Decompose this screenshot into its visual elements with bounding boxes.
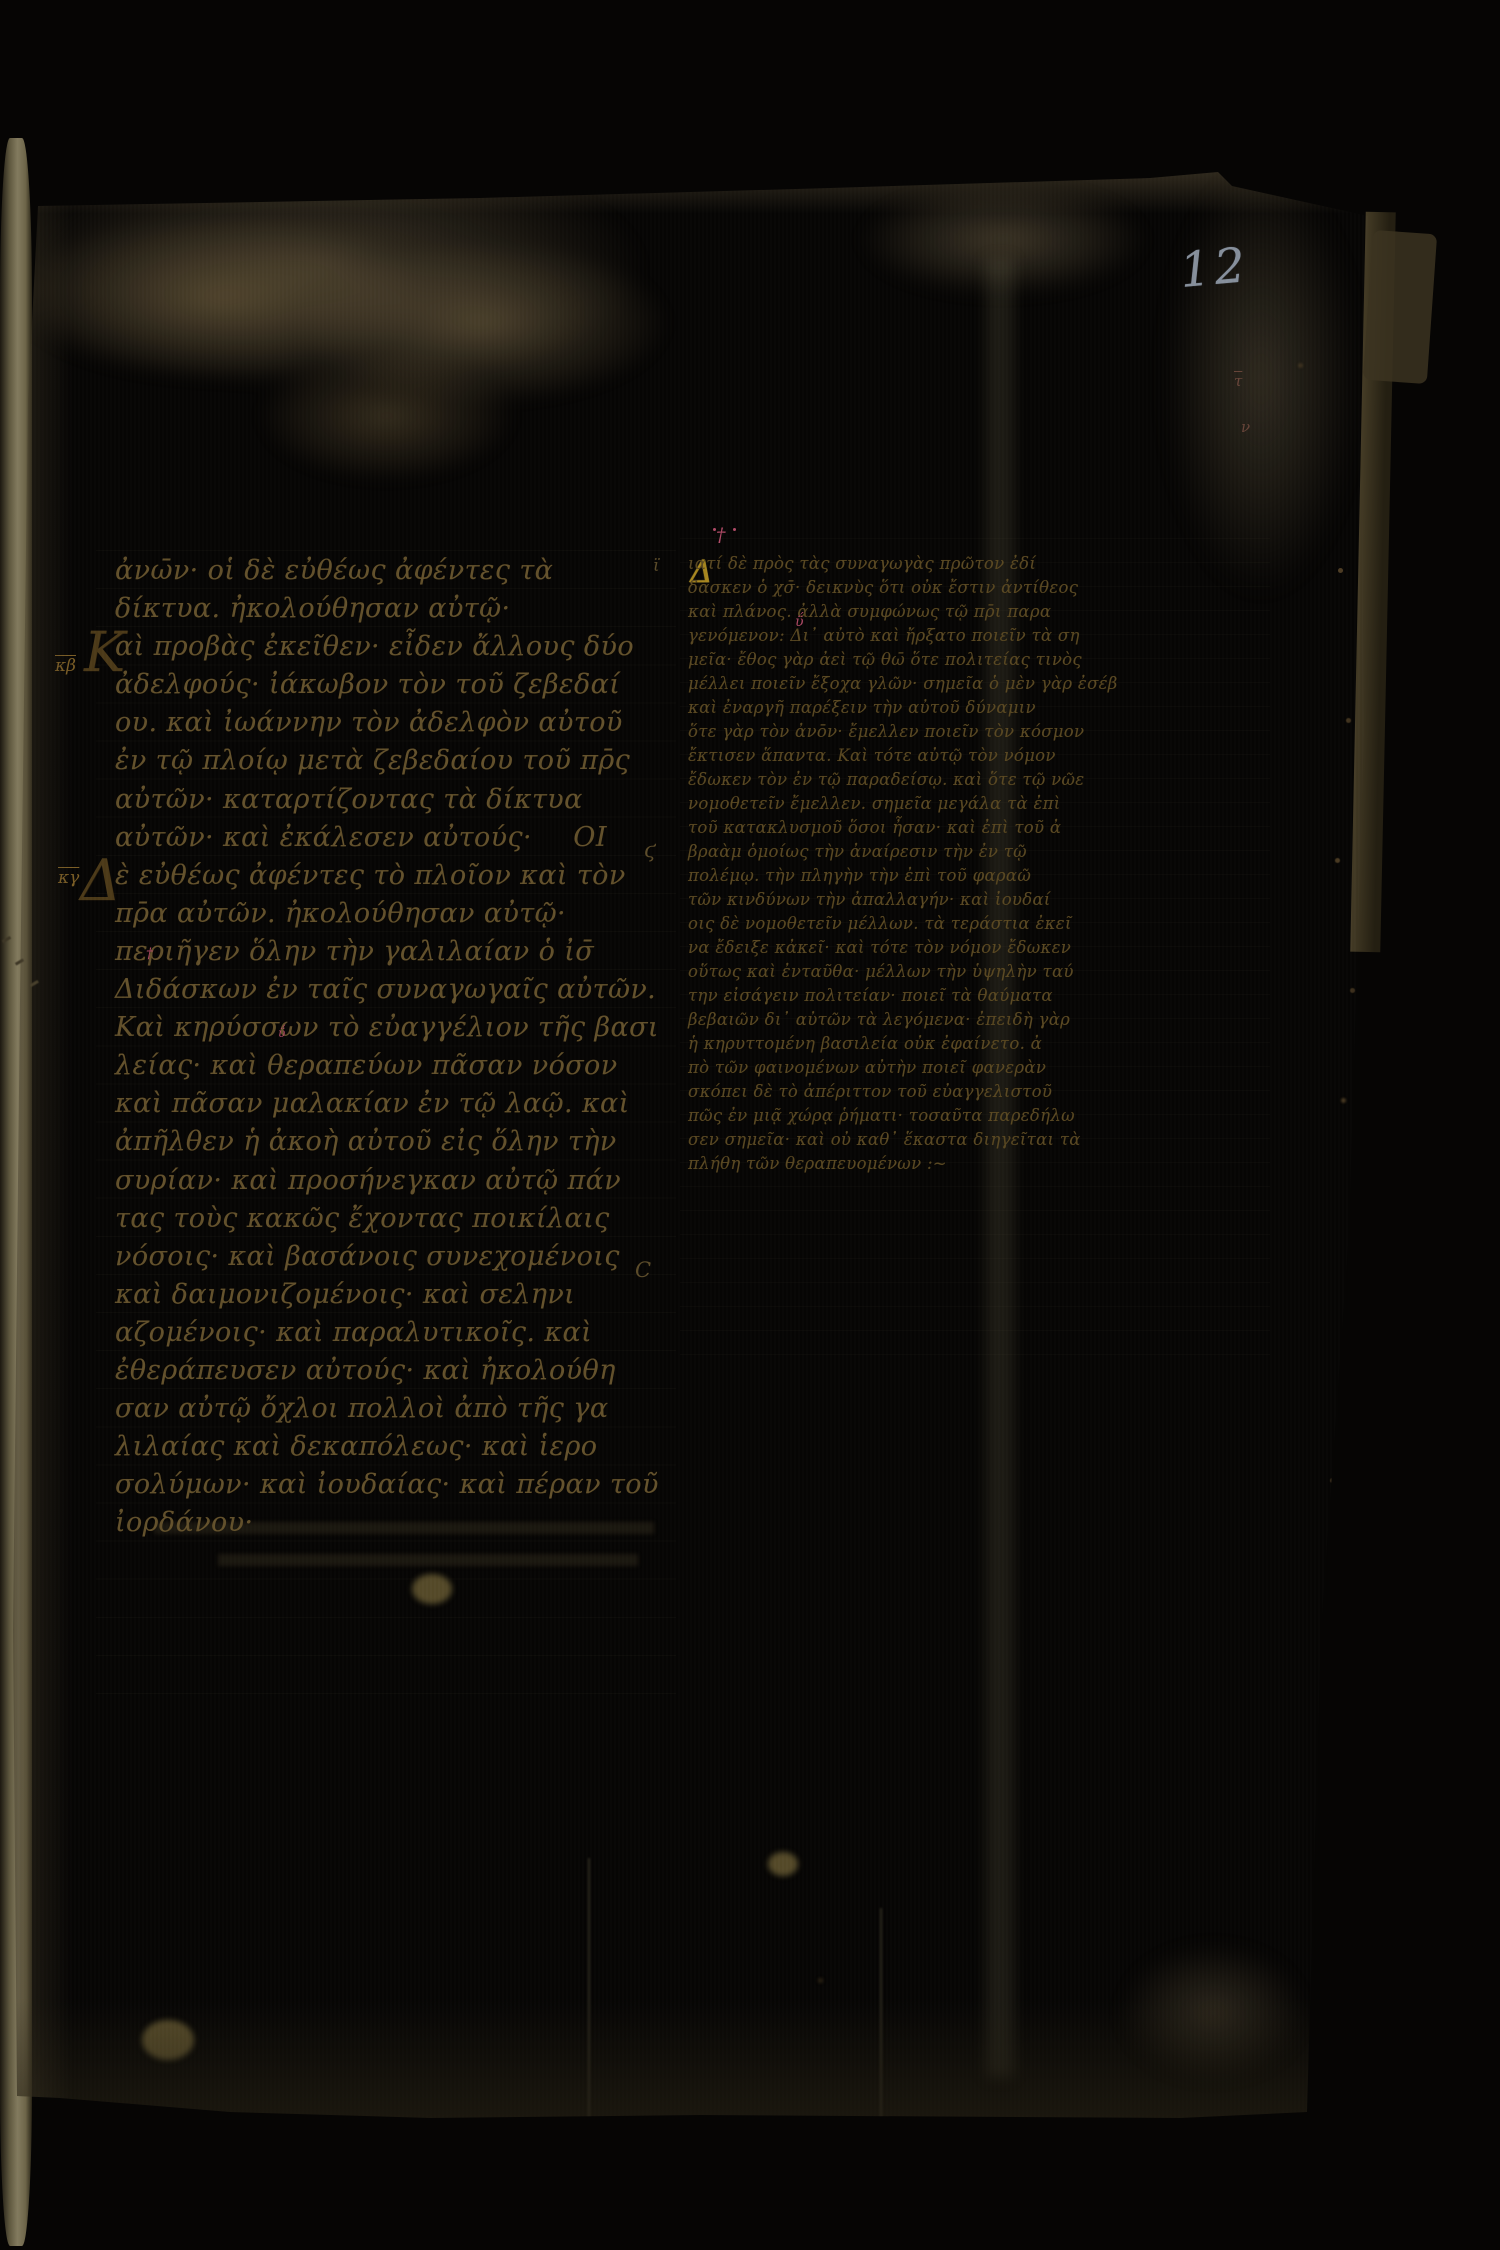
edge-ink-scribble (2, 936, 11, 943)
parchment-page: 12 κβ κγ Κ Δ ἀνω̄ν· οἱ δὲ εὐθέως ἀφέντες… (8, 168, 1444, 2128)
page-edge-shading (8, 168, 1444, 2128)
underlying-leaf-corner (1363, 230, 1437, 384)
manuscript-photo: 12 κβ κγ Κ Δ ἀνω̄ν· οἱ δὲ εὐθέως ἀφέντες… (0, 0, 1500, 2250)
